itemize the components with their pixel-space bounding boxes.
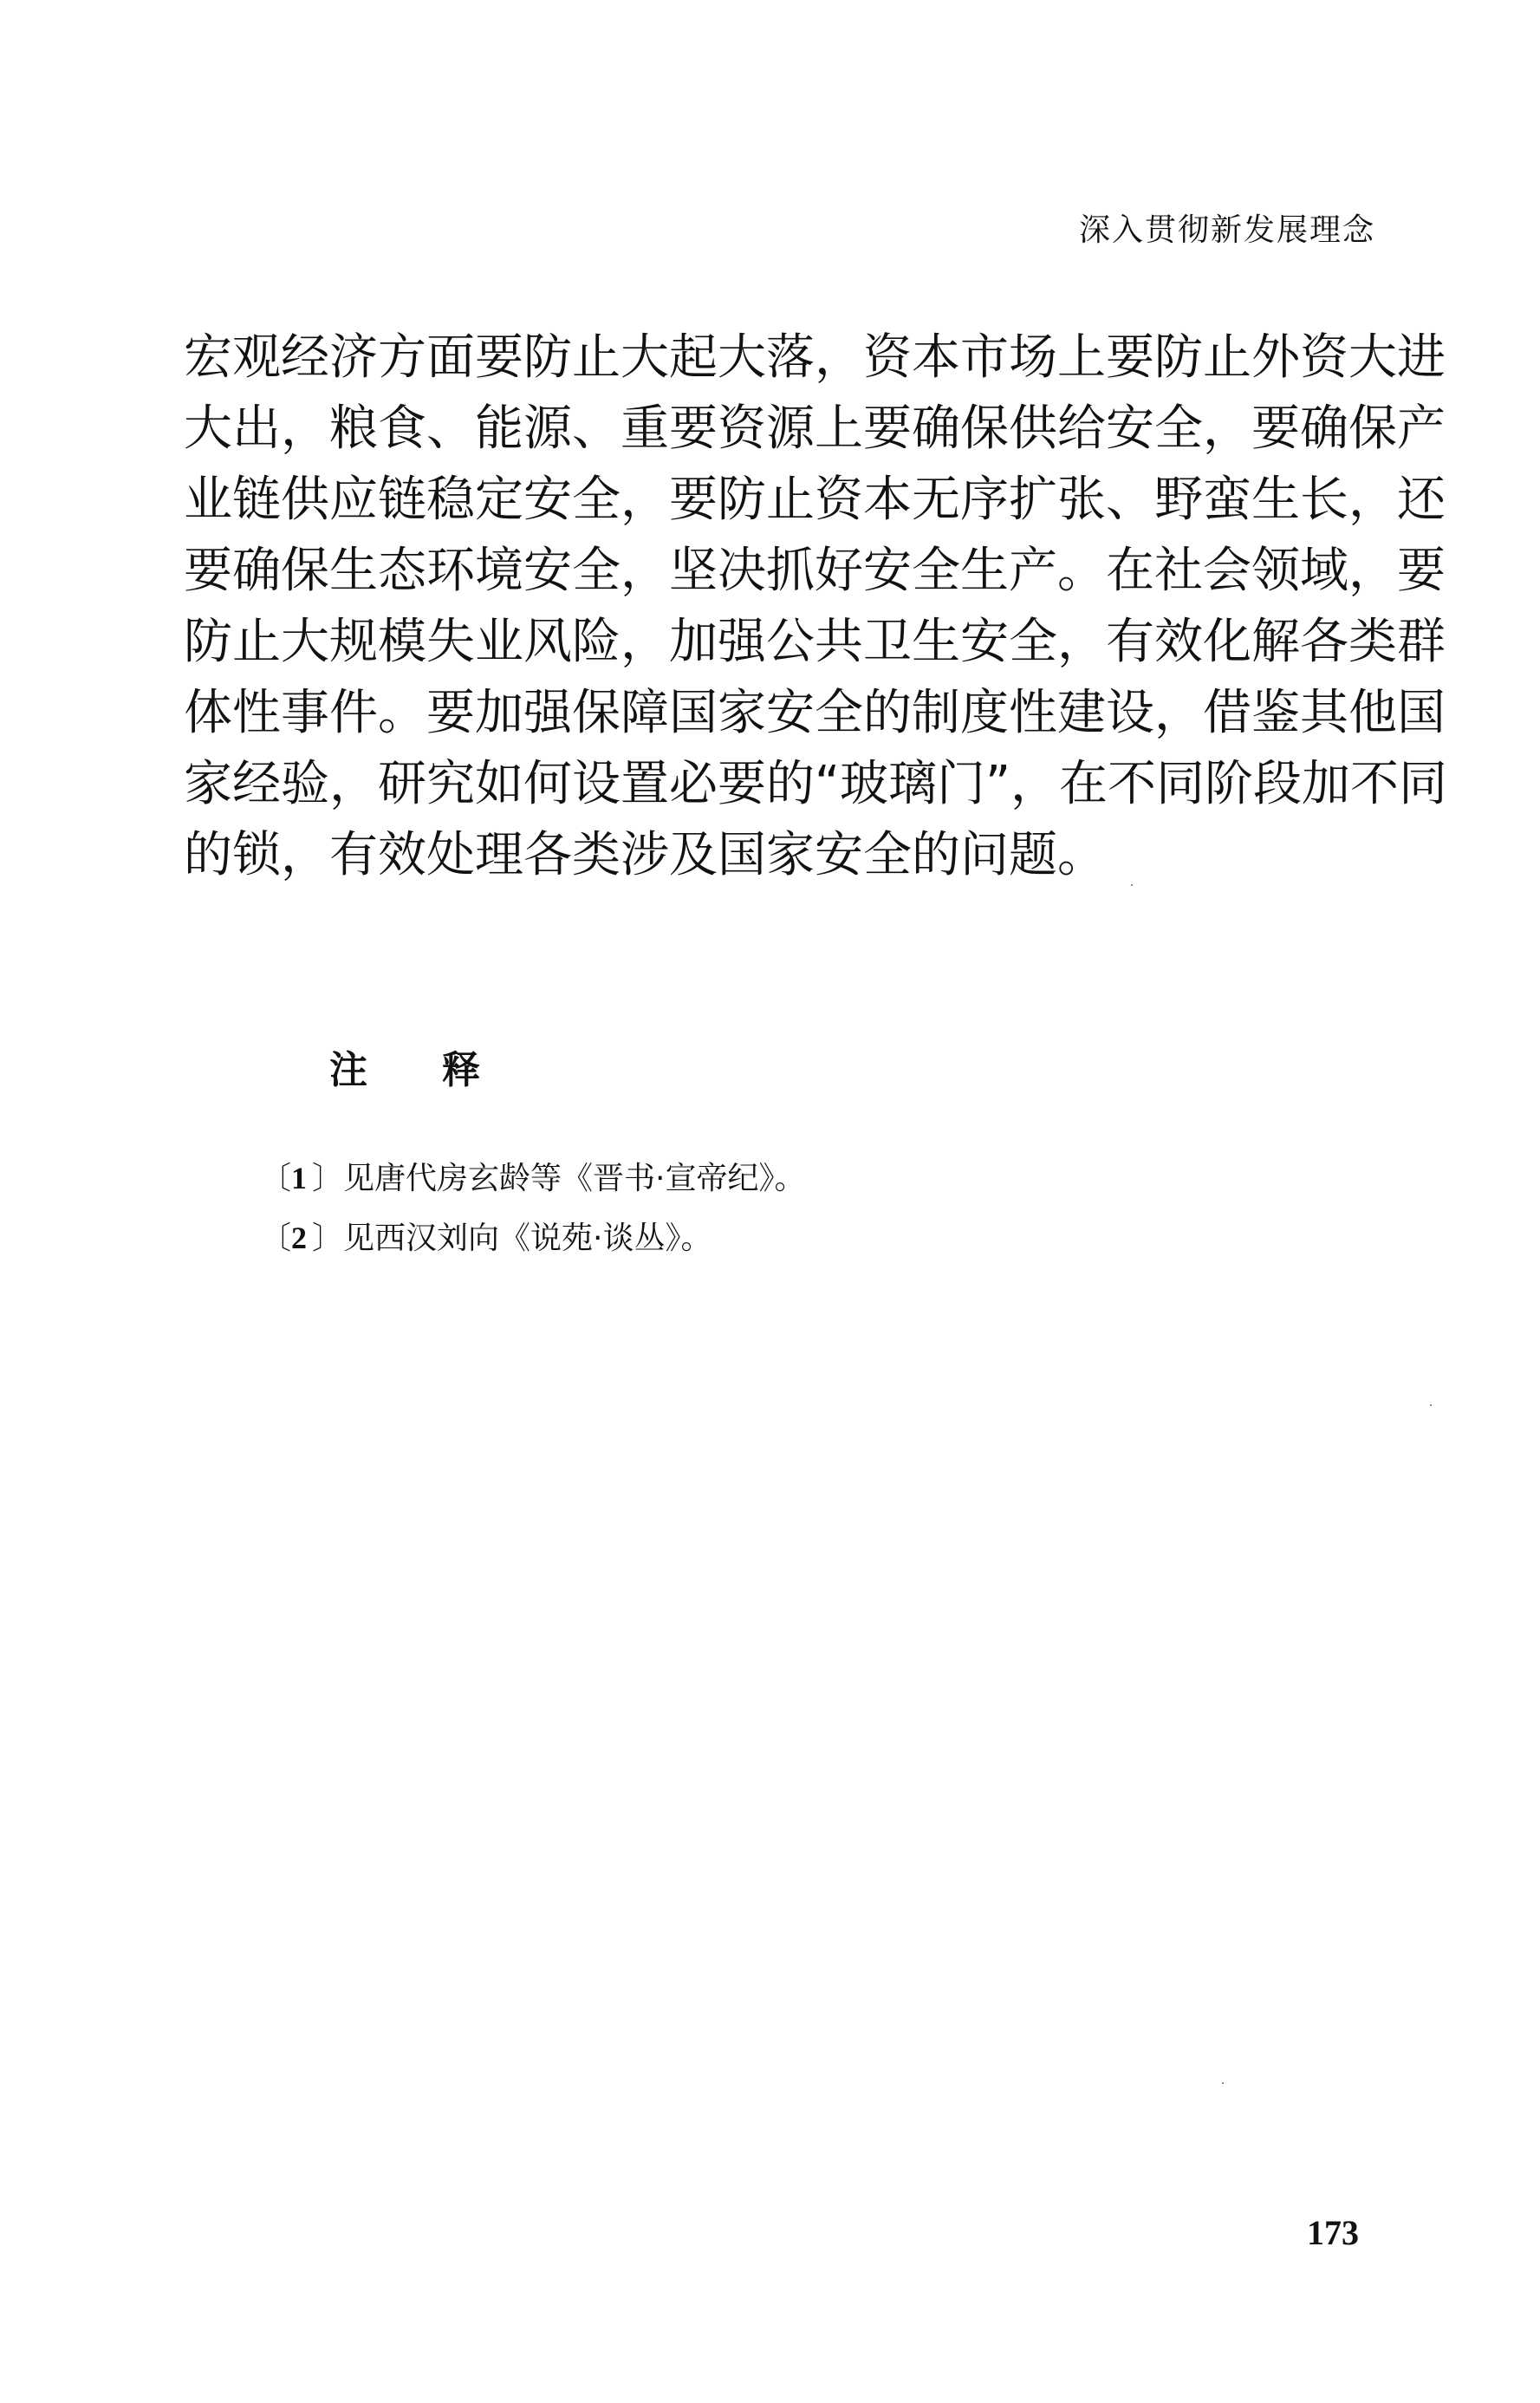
body-line: 要确保生态环境安全，坚决抓好安全生产。在社会领域，要 [184,536,1380,607]
note-marker-open: 〔 [260,1221,291,1256]
note-text: 见唐代房玄龄等《晋书·宣帝纪》。 [343,1161,805,1196]
scan-speck [1131,884,1133,886]
body-line: 宏观经济方面要防止大起大落，资本市场上要防止外资大进 [184,322,1380,394]
notes-heading-char: 释 [442,1045,480,1097]
note-marker-close: 〕 [312,1161,343,1196]
note-item: 〔2〕见西汉刘向《说苑·谈丛》。 [260,1208,805,1268]
page-number: 173 [1307,2212,1359,2253]
note-marker-close: 〕 [312,1221,343,1256]
scan-speck [1222,2082,1224,2084]
note-item: 〔1〕见唐代房玄龄等《晋书·宣帝纪》。 [260,1149,805,1208]
notes-list: 〔1〕见唐代房玄龄等《晋书·宣帝纪》。 〔2〕见西汉刘向《说苑·谈丛》。 [260,1149,805,1268]
note-number: 2 [291,1221,307,1255]
running-header: 深入贯彻新发展理念 [1079,210,1375,251]
body-paragraph: 宏观经济方面要防止大起大落，资本市场上要防止外资大进 大出，粮食、能源、重要资源… [184,322,1380,891]
body-line: 家经验，研究如何设置必要的“玻璃门”，在不同阶段加不同 [184,749,1380,820]
body-line: 大出，粮食、能源、重要资源上要确保供给安全，要确保产 [184,394,1380,465]
body-line: 的锁，有效处理各类涉及国家安全的问题。 [184,820,1380,891]
body-line: 业链供应链稳定安全，要防止资本无序扩张、野蛮生长，还 [184,465,1380,536]
notes-heading-char: 注 [329,1045,367,1097]
scan-speck [1430,1404,1432,1406]
body-line: 体性事件。要加强保障国家安全的制度性建设，借鉴其他国 [184,678,1380,749]
note-marker-open: 〔 [260,1161,291,1196]
note-text: 见西汉刘向《说苑·谈丛》。 [343,1221,712,1256]
notes-heading: 注释 [329,1045,480,1097]
body-line: 防止大规模失业风险，加强公共卫生安全，有效化解各类群 [184,607,1380,678]
note-number: 1 [291,1161,307,1195]
